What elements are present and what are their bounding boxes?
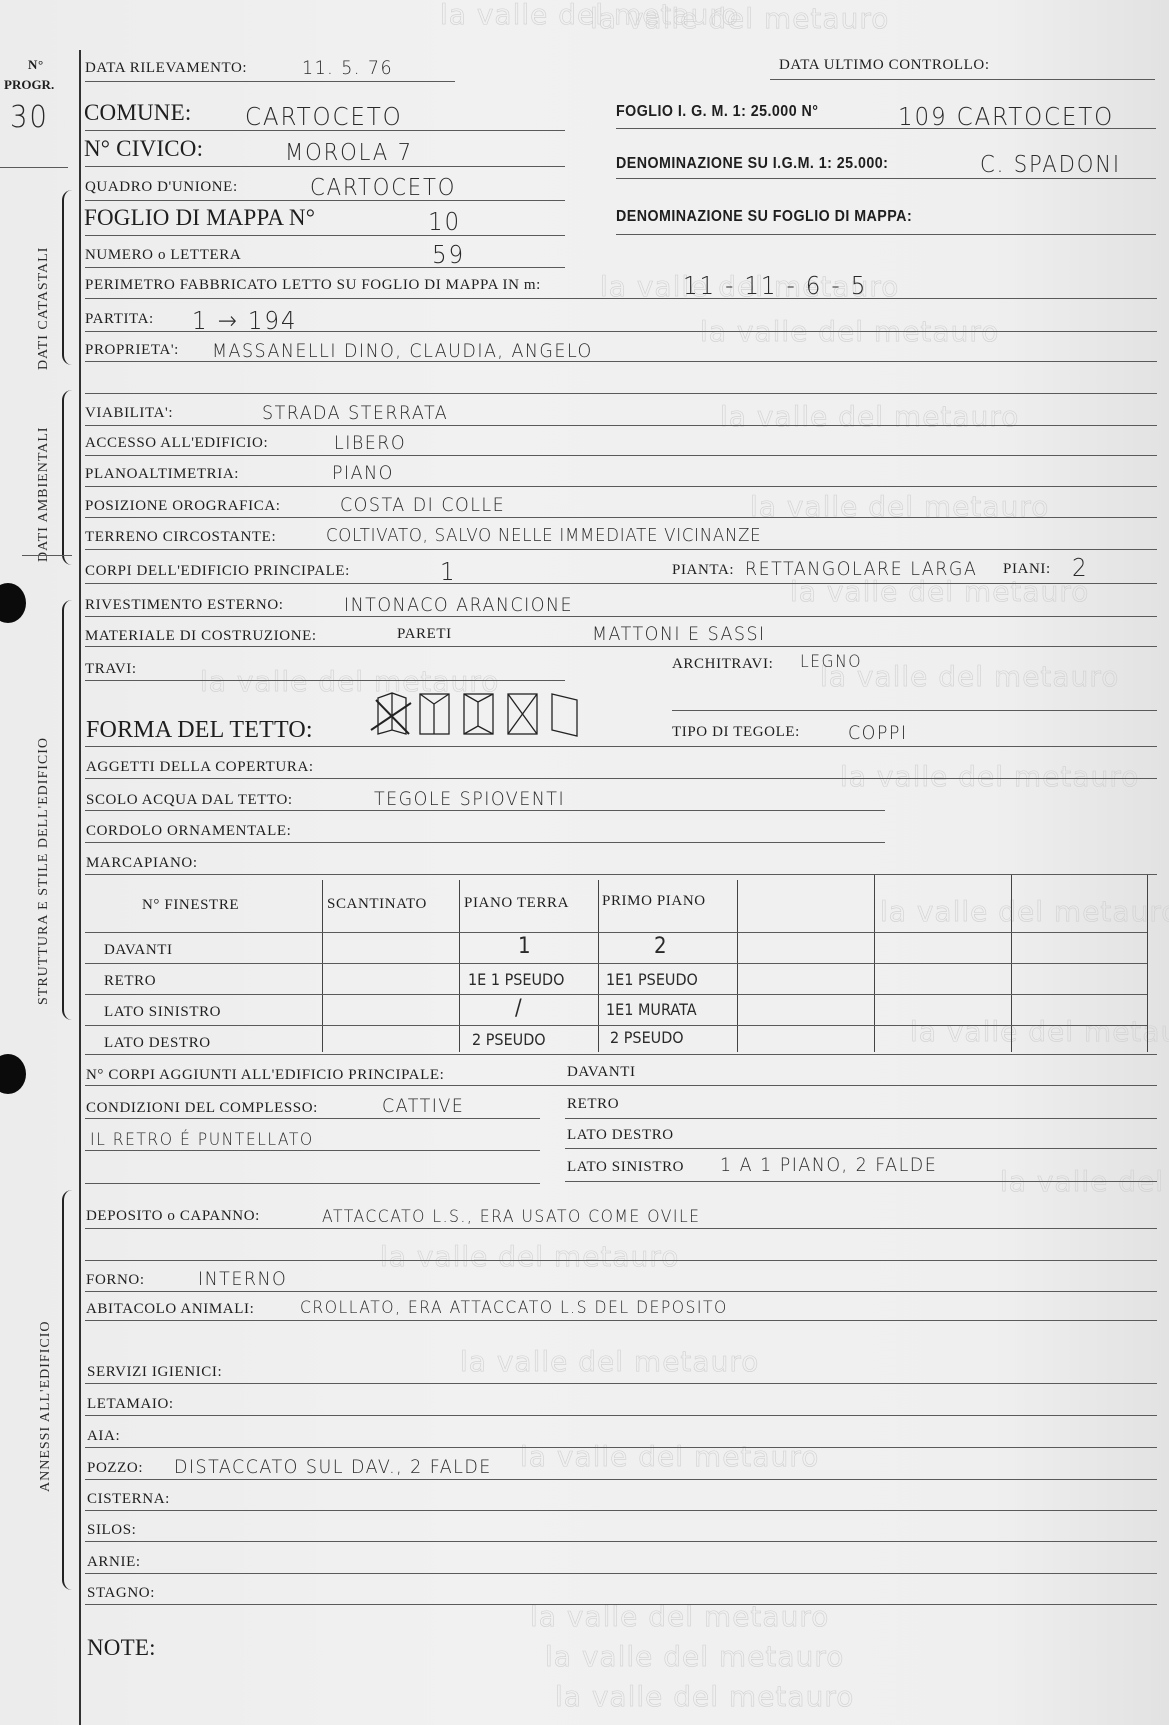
note-label: NOTE:	[87, 1635, 156, 1661]
underline	[85, 130, 565, 131]
corpi-label: CORPI DELL'EDIFICIO PRINCIPALE:	[85, 563, 350, 580]
table-header-scantinato: SCANTINATO	[327, 896, 427, 913]
corpi-aggiunti-lato-sinistro-label: LATO SINISTRO	[567, 1159, 684, 1176]
binder-hole	[0, 583, 26, 623]
perimetro-label: PERIMETRO FABBRICATO LETTO SU FOGLIO DI …	[85, 277, 541, 294]
civico-label: N° CIVICO:	[84, 136, 203, 162]
table-header-piano-terra: PIANO TERRA	[464, 895, 569, 912]
pianta-label: PIANTA:	[672, 562, 734, 579]
underline	[85, 1510, 1157, 1511]
underline	[85, 1479, 1157, 1480]
cell-piano-terra[interactable]: 1	[518, 934, 531, 959]
brace	[62, 190, 72, 365]
roof-type-2-icon[interactable]	[420, 694, 449, 734]
brace	[62, 390, 72, 565]
foglio-igm-label: FOGLIO I. G. M. 1: 25.000 N°	[616, 103, 818, 121]
row-label-davanti: DAVANTI	[104, 942, 173, 959]
cell-piano-terra[interactable]: 2 PSEUDO	[472, 1030, 546, 1049]
travi-label: TRAVI:	[85, 661, 137, 678]
watermark: la valle del metauro	[590, 2, 889, 35]
underline	[85, 1415, 1157, 1416]
underline	[85, 1573, 1157, 1574]
cell-piano-terra[interactable]: /	[515, 996, 522, 1021]
viabilita-label: VIABILITA':	[85, 405, 173, 422]
posizione-label: POSIZIONE OROGRAFICA:	[85, 498, 281, 515]
roof-shape-options	[368, 690, 583, 740]
underline	[616, 234, 1156, 235]
section-label-struttura: STRUTTURA E STILE DELL'EDIFICIO	[36, 737, 52, 1005]
foglio-mappa-value[interactable]: 10	[428, 207, 461, 236]
piani-label: PIANI:	[1003, 561, 1051, 578]
watermark: la valle del metauro	[520, 1440, 819, 1473]
underline	[85, 517, 1157, 518]
underline	[770, 79, 1155, 80]
section-label-annessi: ANNESSI ALL'EDIFICIO	[38, 1321, 54, 1492]
underline	[85, 1260, 1157, 1261]
corpi-aggiunti-retro-label: RETRO	[567, 1096, 619, 1113]
cordolo-label: CORDOLO ORNAMENTALE:	[86, 823, 291, 840]
underline	[85, 616, 1157, 617]
stagno-label: STAGNO:	[87, 1585, 155, 1602]
table-header-finestre: N° FINESTRE	[142, 897, 239, 914]
underline	[85, 1320, 1157, 1321]
condizioni-extra[interactable]: IL RETRO É PUNTELLATO	[90, 1130, 314, 1150]
row-label-lato-destro: LATO DESTRO	[104, 1035, 211, 1052]
viabilita-value[interactable]: STRADA STERRATA	[262, 402, 448, 424]
planoaltimetria-label: PLANOALTIMETRIA:	[85, 466, 239, 483]
marcapiano-label: MARCAPIANO:	[86, 855, 198, 872]
abitacolo-label: ABITACOLO ANIMALI:	[86, 1301, 254, 1318]
watermark: la valle del metauro	[910, 1015, 1169, 1048]
row-label-lato-sinistro: LATO SINISTRO	[104, 1004, 221, 1021]
proprieta-label: PROPRIETA':	[85, 342, 179, 359]
accesso-label: ACCESSO ALL'EDIFICIO:	[85, 435, 268, 452]
aggetti-label: AGGETTI DELLA COPERTURA:	[86, 759, 314, 776]
roof-type-3-icon[interactable]	[464, 694, 493, 734]
forma-tetto-label: FORMA DEL TETTO:	[86, 717, 313, 744]
underline	[85, 680, 565, 681]
denominazione-mappa-label: DENOMINAZIONE SU FOGLIO DI MAPPA:	[616, 208, 912, 226]
rivestimento-label: RIVESTIMENTO ESTERNO:	[85, 597, 284, 614]
terreno-value[interactable]: COLTIVATO, SALVO NELLE IMMEDIATE VICINAN…	[326, 525, 761, 546]
table-col-divider	[322, 880, 323, 1052]
underline	[85, 486, 1157, 487]
table-col-divider	[737, 880, 738, 1052]
pozzo-label: POZZO:	[87, 1460, 143, 1477]
pianta-value[interactable]: RETTANGOLARE LARGA	[745, 558, 977, 580]
underline	[85, 778, 1157, 779]
cell-primo-piano[interactable]: 2	[654, 934, 667, 959]
pozzo-value[interactable]: DISTACCATO SUL DAV., 2 FALDE	[174, 1456, 492, 1478]
deposito-value[interactable]: ATTACCATO L.S., ERA USATO COME OVILE	[322, 1207, 701, 1227]
table-row-line	[85, 932, 1147, 933]
architravi-value[interactable]: LEGNO	[800, 652, 862, 672]
deposito-label: DEPOSITO o CAPANNO:	[86, 1208, 260, 1225]
table-col-divider	[1147, 875, 1148, 1052]
roof-type-1-crossed-icon[interactable]	[371, 693, 411, 734]
underline	[85, 331, 1157, 332]
corpi-aggiunti-lato-sinistro-value[interactable]: 1 A 1 PIANO, 2 FALDE	[720, 1154, 937, 1176]
underline	[85, 200, 565, 201]
table-col-divider	[459, 880, 460, 1052]
foglio-igm-value[interactable]: 109 CARTOCETO	[898, 102, 1114, 131]
numero-lettera-value[interactable]: 59	[432, 240, 465, 269]
quadro-unione-label: QUADRO D'UNIONE:	[85, 179, 238, 196]
materiale-label: MATERIALE DI COSTRUZIONE:	[85, 628, 317, 645]
table-row-line	[85, 963, 1147, 964]
binder-hole	[0, 1054, 26, 1094]
brace	[62, 600, 72, 1020]
underline	[85, 1228, 1157, 1229]
underline	[85, 81, 455, 82]
underline	[85, 1604, 1157, 1605]
progr-value[interactable]: 30	[10, 100, 49, 135]
underline	[85, 166, 565, 167]
cell-piano-terra[interactable]: 1E 1 PSEUDO	[468, 970, 564, 989]
progr-n-label: N°	[28, 57, 44, 73]
underline	[85, 1541, 1157, 1542]
quadro-unione-value[interactable]: CARTOCETO	[310, 175, 456, 201]
watermark: la valle del metauro	[380, 1240, 679, 1273]
data-rilevamento-value[interactable]: 11. 5. 76	[302, 57, 393, 79]
watermark: la valle del metauro	[880, 895, 1169, 928]
tipo-tegole-value[interactable]: COPPI	[848, 722, 908, 744]
silos-label: SILOS:	[87, 1522, 136, 1539]
accesso-value[interactable]: LIBERO	[334, 432, 406, 454]
forno-value[interactable]: INTERNO	[198, 1268, 287, 1290]
underline	[85, 1085, 1157, 1086]
divider	[0, 167, 68, 168]
underline	[85, 1118, 540, 1119]
corpi-aggiunti-label: N° CORPI AGGIUNTI ALL'EDIFICIO PRINCIPAL…	[86, 1067, 444, 1084]
roof-shape-icons	[368, 690, 583, 740]
table-header-primo-piano: PRIMO PIANO	[602, 893, 706, 910]
underline	[85, 1150, 540, 1151]
cell-primo-piano[interactable]: 1E1 PSEUDO	[606, 970, 698, 989]
cell-primo-piano[interactable]: 1E1 MURATA	[606, 1000, 697, 1019]
brace	[62, 1190, 72, 1590]
underline	[616, 128, 1156, 129]
underline	[85, 583, 1157, 584]
forno-label: FORNO:	[86, 1272, 145, 1289]
underline	[85, 810, 885, 811]
underline	[565, 1148, 1157, 1149]
underline	[85, 1447, 1157, 1448]
underline	[85, 746, 1157, 747]
piani-value[interactable]: 2	[1072, 553, 1088, 582]
roof-type-4-icon[interactable]	[508, 694, 537, 734]
underline	[85, 298, 1157, 299]
underline	[85, 267, 565, 268]
watermark: la valle del metauro	[750, 490, 1049, 523]
perimetro-value[interactable]: 11 - 11 - 6 - 5	[683, 271, 867, 300]
cell-primo-piano[interactable]: 2 PSEUDO	[610, 1028, 684, 1047]
cisterna-label: CISTERNA:	[87, 1491, 170, 1508]
architravi-label: ARCHITRAVI:	[672, 656, 773, 673]
underline	[85, 874, 1157, 875]
underline	[85, 425, 1157, 426]
scolo-label: SCOLO ACQUA DAL TETTO:	[86, 792, 293, 809]
civico-value[interactable]: MOROLA 7	[285, 140, 413, 166]
data-rilevamento-label: DATA RILEVAMENTO:	[85, 60, 247, 77]
underline	[616, 178, 1156, 179]
foglio-mappa-label: FOGLIO DI MAPPA N°	[84, 205, 315, 231]
corpi-value[interactable]: 1	[440, 557, 456, 586]
watermark: la valle del metauro	[720, 400, 1019, 433]
abitacolo-value[interactable]: CROLLATO, ERA ATTACCATO L.S DEL DEPOSITO	[300, 1298, 728, 1318]
comune-value[interactable]: CARTOCETO	[245, 102, 403, 131]
underline	[85, 1183, 540, 1184]
underline	[85, 1291, 1157, 1292]
numero-lettera-label: NUMERO o LETTERA	[85, 247, 241, 264]
section-label-catastali: DATI CATASTALI	[36, 247, 52, 370]
comune-label: COMUNE:	[84, 100, 191, 126]
underline	[672, 710, 1157, 711]
underline	[85, 1054, 1157, 1055]
condizioni-label: CONDIZIONI DEL COMPLESSO:	[86, 1100, 318, 1117]
underline	[85, 235, 565, 236]
underline	[85, 455, 1157, 456]
terreno-label: TERRENO CIRCOSTANTE:	[85, 529, 276, 546]
corpi-aggiunti-davanti-label: DAVANTI	[567, 1064, 636, 1081]
denominazione-igm-value[interactable]: C. SPADONI	[980, 152, 1121, 178]
proprieta-value[interactable]: MASSANELLI DINO, CLAUDIA, ANGELO	[212, 340, 593, 362]
underline	[85, 1383, 1157, 1384]
corpi-aggiunti-lato-destro-label: LATO DESTRO	[567, 1127, 674, 1144]
watermark: la valle del metauro	[820, 660, 1119, 693]
tipo-tegole-label: TIPO DI TEGOLE:	[672, 724, 800, 741]
servizi-label: SERVIZI IGIENICI:	[87, 1364, 222, 1381]
underline	[85, 361, 1157, 362]
section-label-ambientali: DATI AMBIENTALI	[36, 426, 52, 562]
table-row-line	[85, 994, 1147, 995]
rivestimento-value[interactable]: INTONACO ARANCIONE	[344, 594, 573, 616]
partita-label: PARTITA:	[85, 311, 154, 328]
table-col-divider	[598, 880, 599, 1052]
survey-form-page: la valle del metauro la valle del metaur…	[0, 0, 1169, 1725]
underline	[85, 842, 885, 843]
posizione-value[interactable]: COSTA DI COLLE	[340, 494, 505, 516]
note-area[interactable]	[160, 1625, 1150, 1720]
watermark: la valle del metauro	[840, 760, 1139, 793]
condizioni-value[interactable]: CATTIVE	[382, 1095, 464, 1117]
row-label-retro: RETRO	[104, 973, 156, 990]
table-row-line	[85, 1025, 1147, 1026]
planoaltimetria-value[interactable]: PIANO	[332, 462, 394, 484]
materiale-value[interactable]: MATTONI E SASSI	[592, 623, 766, 645]
divider	[22, 555, 72, 556]
underline	[85, 646, 1157, 647]
scolo-value[interactable]: TEGOLE SPIOVENTI	[374, 788, 565, 810]
roof-type-5-icon[interactable]	[552, 694, 577, 736]
materiale-pareti-label: PARETI	[397, 626, 452, 643]
letamaio-label: LETAMAIO:	[87, 1396, 174, 1413]
underline	[85, 393, 1157, 394]
aia-label: AIA:	[87, 1428, 120, 1445]
progr-label: PROGR.	[4, 77, 54, 93]
data-ultimo-controllo-label: DATA ULTIMO CONTROLLO:	[779, 57, 990, 74]
denominazione-igm-label: DENOMINAZIONE SU I.G.M. 1: 25.000:	[616, 155, 888, 173]
watermark: la valle del metauro	[460, 1345, 759, 1378]
arnie-label: ARNIE:	[87, 1554, 141, 1571]
margin-rule	[79, 50, 81, 1725]
underline	[565, 1118, 1157, 1119]
underline	[565, 1181, 1157, 1182]
watermark: la valle del metauro	[440, 0, 739, 31]
underline	[85, 549, 1157, 550]
